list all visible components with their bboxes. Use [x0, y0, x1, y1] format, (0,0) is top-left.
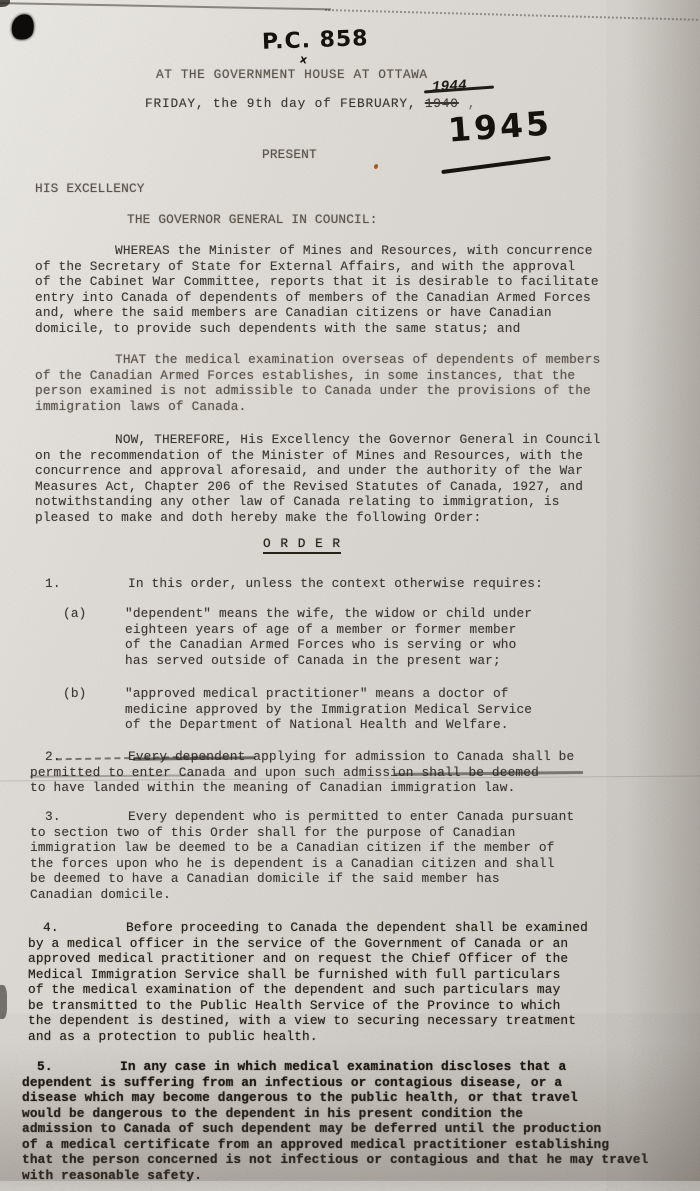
text-line: WHEREAS the Minister of Mines and Resour… [35, 243, 599, 259]
text-line: Measures Act, Chapter 206 of the Revised… [35, 479, 600, 495]
section-2: 2. Every dependent applying for admissio… [30, 749, 574, 796]
text-line: Every dependent applying for admission t… [30, 749, 574, 765]
text-line: and, where the said members are Canadian… [35, 305, 599, 321]
scan-corner-mark [0, 0, 10, 7]
text-line: of the Department of National Health and… [125, 717, 532, 733]
text-line: THAT the medical examination overseas of… [35, 352, 600, 368]
section-number: 3. [45, 809, 61, 825]
preamble-now-therefore: NOW, THEREFORE, His Excellency the Gover… [35, 432, 600, 525]
edge-smudge [0, 985, 7, 1019]
text-line: "approved medical practitioner" means a … [125, 686, 532, 702]
text-line: on the recommendation of the Minister of… [35, 448, 600, 464]
handwritten-year-1945: 1945 [447, 103, 553, 149]
text-line: In this order, unless the context otherw… [30, 576, 543, 592]
text-line: Before proceeding to Canada the dependen… [28, 920, 588, 936]
text-line: permitted to enter Canada and upon such … [30, 765, 574, 781]
text-line: eighteen years of age of a member or for… [125, 622, 532, 638]
text-line: Medical Immigration Service shall be fur… [28, 967, 588, 983]
punch-hole-mark [9, 12, 37, 43]
text-line: domicile, to provide such dependents wit… [35, 321, 599, 337]
text-line: of the Canadian Armed Forces who is serv… [125, 637, 532, 653]
struck-year-1944: 1944 [432, 78, 468, 96]
text-line: medicine approved by the Immigration Med… [125, 702, 532, 718]
text-line: and as a protection to public health. [28, 1029, 588, 1045]
pc-number-stamp: P.C. 858 [262, 26, 369, 55]
present-heading: PRESENT [262, 147, 317, 163]
text-line: would be dangerous to the dependent in h… [22, 1106, 648, 1122]
text-line: to have landed within the meaning of Can… [30, 780, 574, 796]
text-line: that the person concerned is not infecti… [22, 1152, 648, 1168]
text-line: In any case in which medical examination… [22, 1059, 648, 1075]
handwritten-underline [441, 156, 551, 174]
text-line: with reasonable safety. [22, 1168, 648, 1184]
text-line: the forces upon who he is dependent is a… [30, 856, 574, 872]
scan-shadow-right [625, 0, 700, 1191]
text-line: notwithstanding any other law of Canada … [35, 494, 600, 510]
preamble-that: THAT the medical examination overseas of… [35, 352, 600, 414]
section-4: 4. Before proceeding to Canada the depen… [28, 920, 588, 1044]
text-line: immigration law be deemed to be a Canadi… [30, 840, 574, 856]
section-1: 1. In this order, unless the context oth… [30, 576, 543, 592]
date-prefix: FRIDAY, the 9th day of FEBRUARY, [145, 96, 416, 111]
text-line: by a medical officer in the service of t… [28, 936, 588, 952]
scan-edge-line-right [325, 9, 700, 21]
text-line: of a medical certificate from an approve… [22, 1137, 648, 1153]
text-line: immigration laws of Canada. [35, 399, 600, 415]
scanned-document-page: P.C. 858 x AT THE GOVERNMENT HOUSE AT OT… [0, 0, 700, 1191]
text-line: Every dependent who is permitted to ente… [30, 809, 574, 825]
text-line: dependent is suffering from an infectiou… [22, 1075, 648, 1091]
text-line: the dependent is destined, with a view t… [28, 1013, 588, 1029]
section-number: 5. [37, 1059, 53, 1075]
subitem-a: (a) "dependent" means the wife, the wido… [63, 606, 532, 668]
text-line: of the Cabinet War Committee, reports th… [35, 274, 599, 290]
section-number: 2. [45, 749, 61, 765]
text-line: to section two of this Order shall for t… [30, 825, 574, 841]
section-5: 5. In any case in which medical examinat… [22, 1059, 648, 1183]
date-line: FRIDAY, the 9th day of FEBRUARY, 1940, [145, 96, 476, 112]
tick-mark: x [299, 52, 309, 66]
text-line: be transmitted to the Public Health Serv… [28, 998, 588, 1014]
text-line: "dependent" means the wife, the widow or… [125, 606, 532, 622]
ink-speck [373, 163, 378, 169]
text-line: admission to Canada of such dependent ma… [22, 1121, 648, 1137]
text-line: of the medical examination of the depend… [28, 982, 588, 998]
subitem-label: (b) [63, 686, 125, 733]
struck-year-inline: 1940 [425, 96, 459, 111]
text-line: concurrence and approval aforesaid, and … [35, 463, 600, 479]
scan-edge-line-left [0, 2, 331, 10]
text-line: of the Secretary of State for External A… [35, 259, 599, 275]
his-excellency-line: HIS EXCELLENCY [35, 181, 145, 197]
section-3: 3. Every dependent who is permitted to e… [30, 809, 574, 902]
text-line: pleased to make and doth hereby make the… [35, 510, 600, 526]
text-line: of the Canadian Armed Forces establishes… [35, 368, 600, 384]
governor-general-council-line: THE GOVERNOR GENERAL IN COUNCIL: [127, 212, 378, 228]
text-line: has served outside of Canada in the pres… [125, 653, 532, 669]
preamble-whereas: WHEREAS the Minister of Mines and Resour… [35, 243, 599, 336]
section-number: 1. [45, 576, 61, 592]
text-line: entry into Canada of dependents of membe… [35, 290, 599, 306]
text-line: NOW, THEREFORE, His Excellency the Gover… [35, 432, 600, 448]
subitem-label: (a) [63, 606, 125, 668]
text-line: approved medical practitioner and on req… [28, 951, 588, 967]
text-line: Canadian domicile. [30, 887, 574, 903]
text-line: be deemed to have a Canadian domicile if… [30, 871, 574, 887]
order-heading: O R D E R [263, 536, 341, 552]
section-number: 4. [43, 920, 59, 936]
text-line: disease which may become dangerous to th… [22, 1090, 648, 1106]
subitem-b: (b) "approved medical practitioner" mean… [63, 686, 532, 733]
text-line: person examined is not admissible to Can… [35, 383, 600, 399]
venue-line: AT THE GOVERNMENT HOUSE AT OTTAWA [156, 67, 428, 83]
